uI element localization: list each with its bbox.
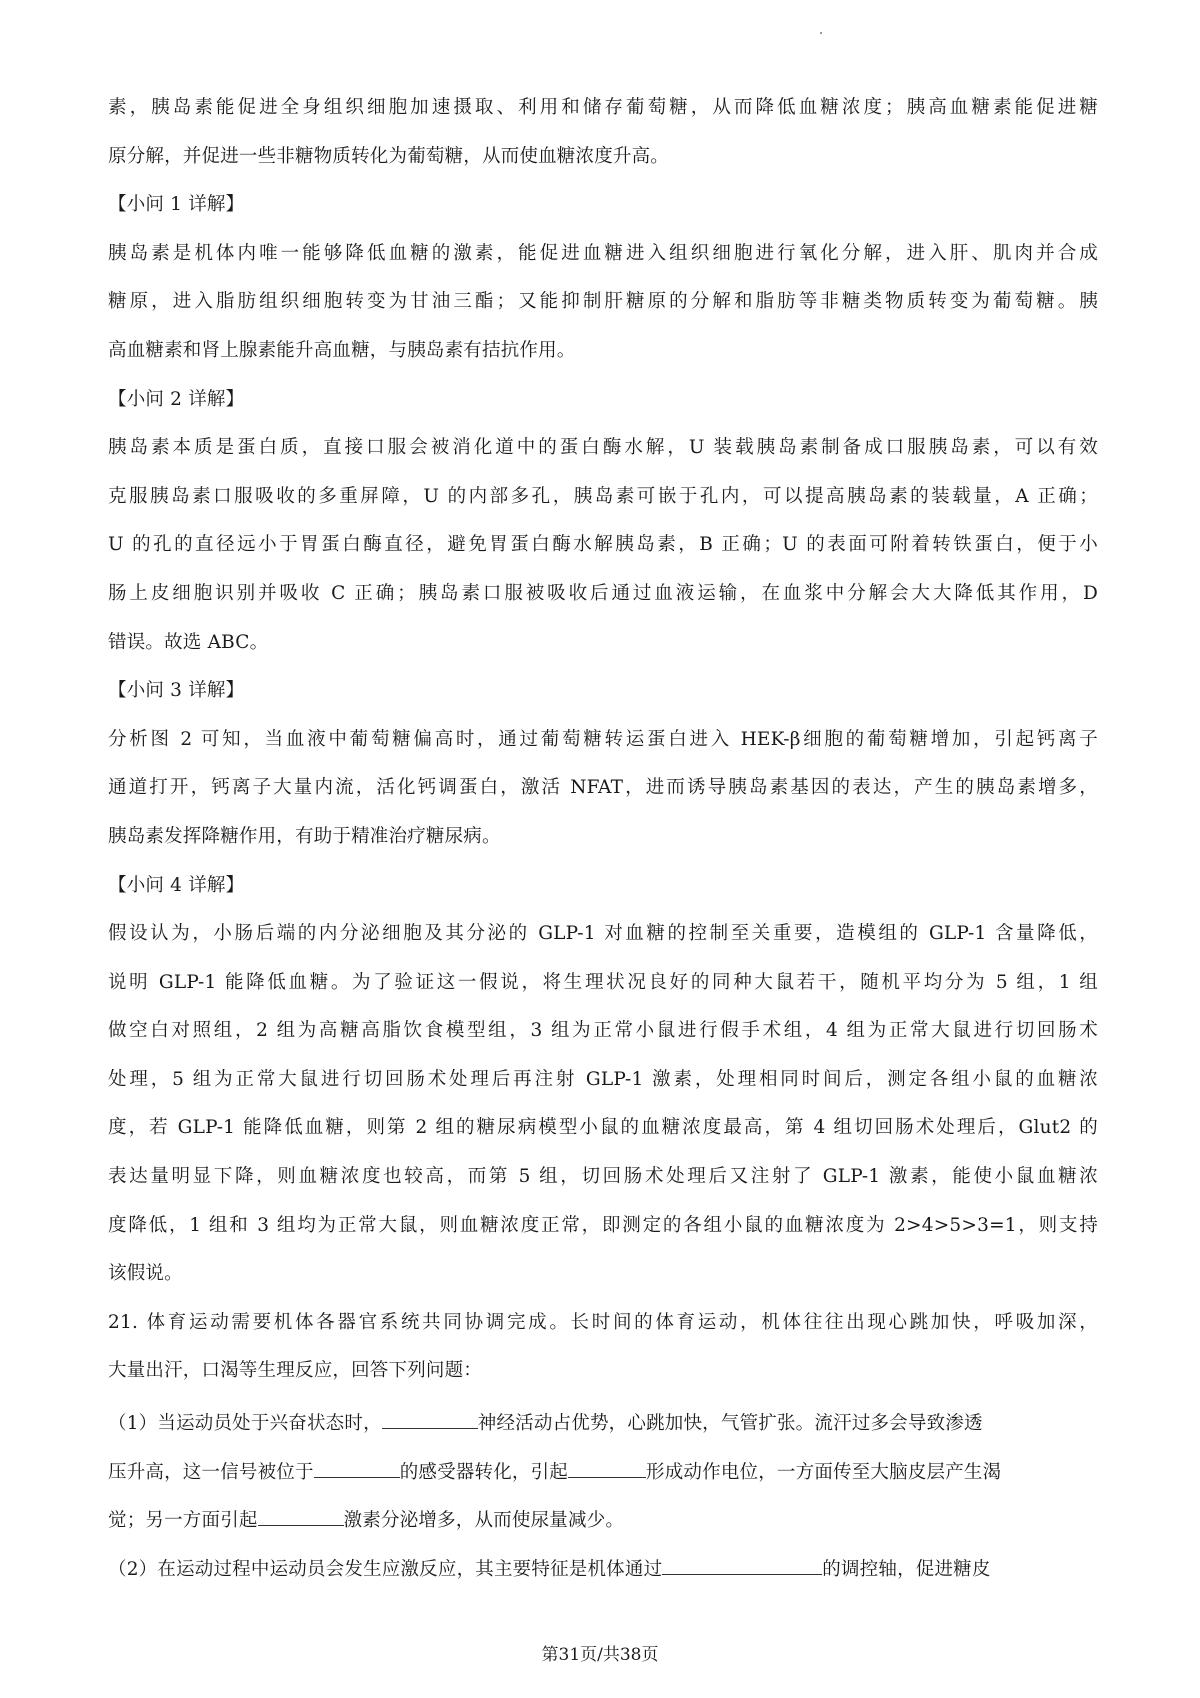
section-heading-q1: 【小问 1 详解】: [108, 193, 1098, 217]
question-text: 觉；另一方面引起: [108, 1510, 258, 1531]
text-line: 分析图 2 可知，当血液中葡萄糖偏高时，通过葡萄糖转运蛋白进入 HEK-β细胞的…: [108, 728, 1098, 752]
text-line: 表达量明显下降，则血糖浓度也较高，而第 5 组，切回肠术处理后又注射了 GLP-…: [108, 1165, 1098, 1189]
text-line: 胰岛素是机体内唯一能够降低血糖的激素，能促进血糖进入组织细胞进行氧化分解，进入肝…: [108, 242, 1098, 266]
answer-blank[interactable]: [662, 1554, 822, 1575]
text-line: 错误。故选 ABC。: [108, 631, 1098, 655]
text-line: 高血糖素和肾上腺素能升高血糖，与胰岛素有拮抗作用。: [108, 339, 1098, 363]
text-line: 处理，5 组为正常大鼠进行切回肠术处理后再注射 GLP-1 激素，处理相同时间后…: [108, 1068, 1098, 1092]
text-line: 糖原，进入脂肪组织细胞转变为甘油三酯；又能抑制肝糖原的分解和脂肪等非糖类物质转变…: [108, 290, 1098, 314]
document-page: 素，胰岛素能促进全身组织细胞加速摄取、利用和储存葡萄糖，从而降低血糖浓度；胰高血…: [0, 0, 1200, 1698]
text-line: 肠上皮细胞识别并吸收 C 正确；胰岛素口服被吸收后通过血液运输，在血浆中分解会大…: [108, 582, 1098, 606]
question-text: 的调控轴，促进糖皮: [822, 1559, 990, 1580]
question-text: （1）当运动员处于兴奋状态时，: [108, 1413, 382, 1434]
text-line: 胰岛素发挥降糖作用，有助于精准治疗糖尿病。: [108, 825, 1098, 849]
question-1-line: （1）当运动员处于兴奋状态时，神经活动占优势，心跳加快，气管扩张。流汗过多会导致…: [108, 1408, 1098, 1432]
scan-speck: [820, 32, 822, 34]
text-line: 假设认为，小肠后端的内分泌细胞及其分泌的 GLP-1 对血糖的控制至关重要，造模…: [108, 922, 1098, 946]
answer-blank[interactable]: [568, 1457, 646, 1478]
question-text: 压升高，这一信号被位于: [108, 1462, 314, 1483]
text-line: 说明 GLP-1 能降低血糖。为了验证这一假说，将生理状况良好的同种大鼠若干，随…: [108, 971, 1098, 995]
question-text: 神经活动占优势，心跳加快，气管扩张。流汗过多会导致渗透: [478, 1413, 983, 1434]
text-line: U 的孔的直径远小于胃蛋白酶直径，避免胃蛋白酶水解胰岛素，B 正确；U 的表面可…: [108, 533, 1098, 557]
text-line: 素，胰岛素能促进全身组织细胞加速摄取、利用和储存葡萄糖，从而降低血糖浓度；胰高血…: [108, 96, 1098, 120]
text-line: 度降低，1 组和 3 组均为正常大鼠，则血糖浓度正常，即测定的各组小鼠的血糖浓度…: [108, 1214, 1098, 1238]
question-text: （2）在运动过程中运动员会发生应激反应，其主要特征是机体通过: [108, 1559, 662, 1580]
text-line: 通道打开，钙离子大量内流，活化钙调蛋白，激活 NFAT，进而诱导胰岛素基因的表达…: [108, 776, 1098, 800]
text-line: 胰岛素本质是蛋白质，直接口服会被消化道中的蛋白酶水解，U 装载胰岛素制备成口服胰…: [108, 436, 1098, 460]
answer-blank[interactable]: [258, 1505, 344, 1526]
section-heading-q4: 【小问 4 详解】: [108, 874, 1098, 898]
question-21-stem: 21. 体育运动需要机体各器官系统共同协调完成。长时间的体育运动，机体往往出现心…: [108, 1311, 1098, 1335]
answer-blank[interactable]: [314, 1457, 400, 1478]
question-2-line: （2）在运动过程中运动员会发生应激反应，其主要特征是机体通过的调控轴，促进糖皮: [108, 1554, 1098, 1578]
page-number-footer: 第31页/共38页: [0, 1640, 1200, 1665]
question-1-line: 觉；另一方面引起激素分泌增多，从而使尿量减少。: [108, 1505, 1098, 1529]
question-text: 激素分泌增多，从而使尿量减少。: [344, 1510, 625, 1531]
question-21-stem: 大量出汗，口渴等生理反应，回答下列问题：: [108, 1359, 1098, 1383]
text-line: 克服胰岛素口服吸收的多重屏障，U 的内部多孔，胰岛素可嵌于孔内，可以提高胰岛素的…: [108, 485, 1098, 509]
answer-blank[interactable]: [382, 1408, 478, 1429]
section-heading-q3: 【小问 3 详解】: [108, 679, 1098, 703]
page-content: 素，胰岛素能促进全身组织细胞加速摄取、利用和储存葡萄糖，从而降低血糖浓度；胰高血…: [108, 96, 1098, 1602]
text-line: 做空白对照组，2 组为高糖高脂饮食模型组，3 组为正常小鼠进行假手术组，4 组为…: [108, 1019, 1098, 1043]
question-text: 的感受器转化，引起: [400, 1462, 568, 1483]
section-heading-q2: 【小问 2 详解】: [108, 388, 1098, 412]
text-line: 该假说。: [108, 1262, 1098, 1286]
question-text: 形成动作电位，一方面传至大脑皮层产生渴: [646, 1462, 1001, 1483]
text-line: 度，若 GLP-1 能降低血糖，则第 2 组的糖尿病模型小鼠的血糖浓度最高，第 …: [108, 1116, 1098, 1140]
question-1-line: 压升高，这一信号被位于的感受器转化，引起形成动作电位，一方面传至大脑皮层产生渴: [108, 1457, 1098, 1481]
text-line: 原分解，并促进一些非糖物质转化为葡萄糖，从而使血糖浓度升高。: [108, 145, 1098, 169]
